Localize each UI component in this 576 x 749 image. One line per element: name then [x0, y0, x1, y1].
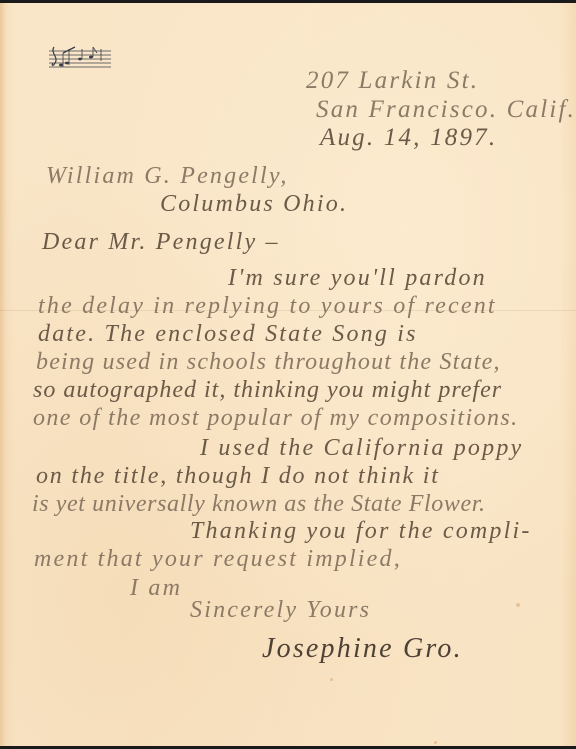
letter-page: 207 Larkin St. San Francisco. Calif. Aug…: [0, 3, 576, 746]
music-staff-icon: [47, 43, 113, 69]
salutation: Dear Mr. Pengelly –: [42, 229, 280, 256]
body-line: being used in schools throughout the Sta…: [36, 349, 501, 376]
recipient-name: William G. Pengelly,: [46, 163, 289, 190]
letter-date: Aug. 14, 1897.: [320, 124, 497, 152]
body-line: on the title, though I do not think it: [36, 463, 440, 490]
body-line: the delay in replying to yours of recent: [38, 293, 497, 320]
paper-stain: [330, 678, 333, 681]
body-line: date. The enclosed State Song is: [38, 321, 418, 348]
body-line: so autographed it, thinking you might pr…: [33, 377, 502, 404]
paper-stain: [516, 603, 520, 607]
body-line: I used the California poppy: [200, 435, 523, 462]
body-line: one of the most popular of my compositio…: [33, 405, 519, 432]
signature: Josephine Gro.: [262, 633, 463, 665]
body-line: ment that your request implied,: [34, 546, 402, 573]
closing-sincerely: Sincerely Yours: [190, 597, 371, 624]
body-line: Thanking you for the compli-: [190, 518, 532, 545]
address-line1: 207 Larkin St.: [306, 67, 479, 95]
paper-stain: [434, 741, 437, 744]
address-line2: San Francisco. Calif.: [316, 96, 576, 124]
body-line: I'm sure you'll pardon: [228, 265, 487, 292]
body-line: is yet universally known as the State Fl…: [32, 491, 486, 518]
recipient-city: Columbus Ohio.: [160, 191, 348, 218]
closing-i-am: I am: [130, 575, 182, 602]
